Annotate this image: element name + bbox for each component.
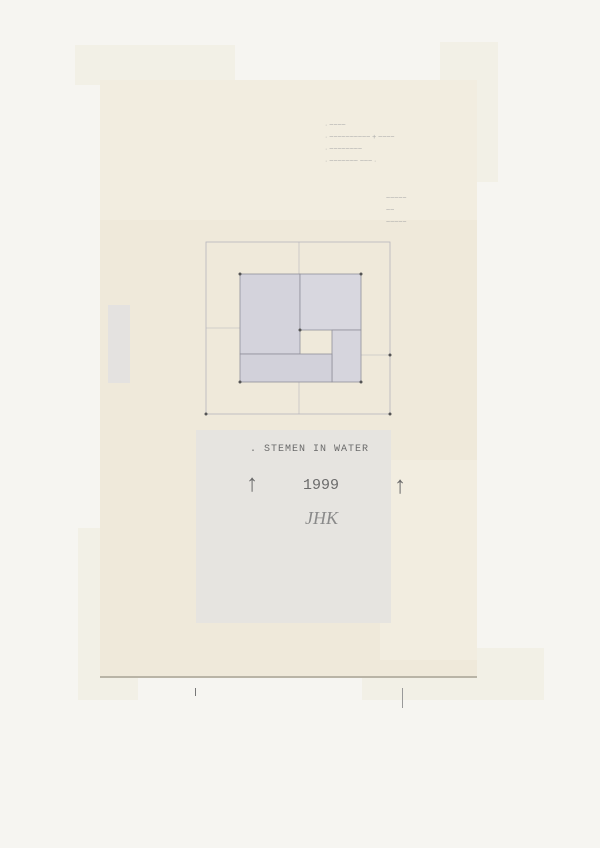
geometric-drawing xyxy=(204,240,392,416)
handwritten-notes-right: ~~~~~ ~~ ~~~~~ xyxy=(386,193,406,229)
arrow-right: ↑ xyxy=(393,474,407,501)
tick-mark xyxy=(195,688,196,696)
scan-background: { "artwork": { "title": ". STEMEN IN WAT… xyxy=(0,0,600,848)
arrow-left: ↑ xyxy=(245,472,259,499)
artist-signature: JHK xyxy=(305,508,338,529)
tape-top-left xyxy=(75,45,235,85)
handwritten-notes: · ~~~~ · ~~~~~~~~~~ + ~~~~ · ~~~~~~~~ · … xyxy=(325,120,394,168)
artwork-year: 1999 xyxy=(303,477,339,494)
shadow-patch xyxy=(108,305,130,383)
deckle-edge xyxy=(100,676,477,678)
artwork-title: . STEMEN IN WATER xyxy=(250,444,369,455)
translucent-overlay xyxy=(196,430,391,623)
tick-mark xyxy=(402,688,403,708)
